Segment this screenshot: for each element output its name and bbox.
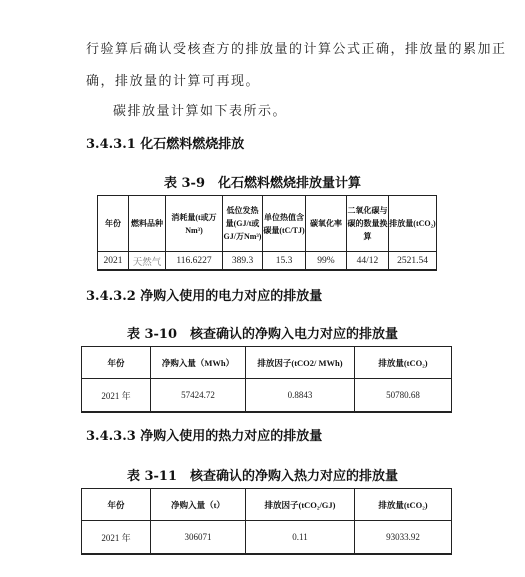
electricity-emissions-table: 年份 净购入量（MWh） 排放因子(tCO2/ MWh) 排放量(tCO₂) 2… xyxy=(81,346,452,413)
cell-carbon-content: 15.3 xyxy=(263,252,306,271)
cell-consumption: 116.6227 xyxy=(166,252,223,271)
fossil-fuel-emissions-table: 年份 燃料品种 消耗量(t或万 Nm³) 低位发热量(GJ/t或 GJ/万Nm³… xyxy=(97,195,437,271)
table-caption-3-9: 表 3-9 化石燃料燃烧排放量计算 xyxy=(0,172,525,191)
cell-net-purchase: 57424.72 xyxy=(151,379,246,413)
cell-year: 2021 年 xyxy=(82,521,151,555)
cell-oxidation-rate: 99% xyxy=(306,252,347,271)
header-carbon-content: 单位热值含碳量(tC/TJ) xyxy=(263,196,306,252)
table-caption-3-10: 表 3-10 核查确认的净购入电力对应的排放量 xyxy=(0,323,525,342)
cell-emissions: 93033.92 xyxy=(355,521,452,555)
section-heading-fossil-fuel: 3.4.3.1 化石燃料燃烧排放 xyxy=(86,133,244,152)
header-emissions: 排放量(tCO₂) xyxy=(355,347,452,379)
header-emission-factor: 排放因子(tCO₂/GJ) xyxy=(246,489,355,521)
table-row: 2021 年 306071 0.11 93033.92 xyxy=(82,521,452,555)
header-emissions: 排放量(tCO₂) xyxy=(389,196,437,252)
table-caption-3-11: 表 3-11 核查确认的净购入热力对应的排放量 xyxy=(0,465,525,484)
cell-emission-factor: 0.8843 xyxy=(246,379,355,413)
cell-year: 2021 年 xyxy=(82,379,151,413)
section-heading-electricity: 3.4.3.2 净购入使用的电力对应的排放量 xyxy=(86,285,322,304)
paragraph-line-3: 碳排放量计算如下表所示。 xyxy=(113,100,287,119)
header-emissions: 排放量(tCO₂) xyxy=(355,489,452,521)
header-oxidation-rate: 碳氧化率 xyxy=(306,196,347,252)
header-consumption: 消耗量(t或万 Nm³) xyxy=(166,196,223,252)
cell-fuel-type: 天然气 xyxy=(129,252,166,271)
header-fuel-type: 燃料品种 xyxy=(129,196,166,252)
table-row: 2021 天然气 116.6227 389.3 15.3 99% 44/12 2… xyxy=(98,252,437,271)
cell-emission-factor: 0.11 xyxy=(246,521,355,555)
header-net-calorific-value: 低位发热量(GJ/t或 GJ/万Nm³) xyxy=(223,196,263,252)
header-co2-conversion: 二氧化碳与碳的数量换算 xyxy=(347,196,389,252)
header-year: 年份 xyxy=(82,347,151,379)
cell-emissions: 2521.54 xyxy=(389,252,437,271)
cell-year: 2021 xyxy=(98,252,129,271)
header-net-purchase: 净购入量（MWh） xyxy=(151,347,246,379)
cell-net-calorific-value: 389.3 xyxy=(223,252,263,271)
heat-emissions-table: 年份 净购入量（t） 排放因子(tCO₂/GJ) 排放量(tCO₂) 2021 … xyxy=(81,488,452,555)
header-year: 年份 xyxy=(98,196,129,252)
header-emission-factor: 排放因子(tCO2/ MWh) xyxy=(246,347,355,379)
paragraph-line-1: 行验算后确认受核查方的排放量的计算公式正确，排放量的累加正 xyxy=(86,38,507,57)
paragraph-line-2: 确，排放量的计算可再现。 xyxy=(86,70,260,89)
section-heading-heat: 3.4.3.3 净购入使用的热力对应的排放量 xyxy=(86,425,322,444)
header-year: 年份 xyxy=(82,489,151,521)
table-row: 2021 年 57424.72 0.8843 50780.68 xyxy=(82,379,452,413)
cell-emissions: 50780.68 xyxy=(355,379,452,413)
cell-co2-conversion: 44/12 xyxy=(347,252,389,271)
cell-net-purchase: 306071 xyxy=(151,521,246,555)
header-net-purchase: 净购入量（t） xyxy=(151,489,246,521)
